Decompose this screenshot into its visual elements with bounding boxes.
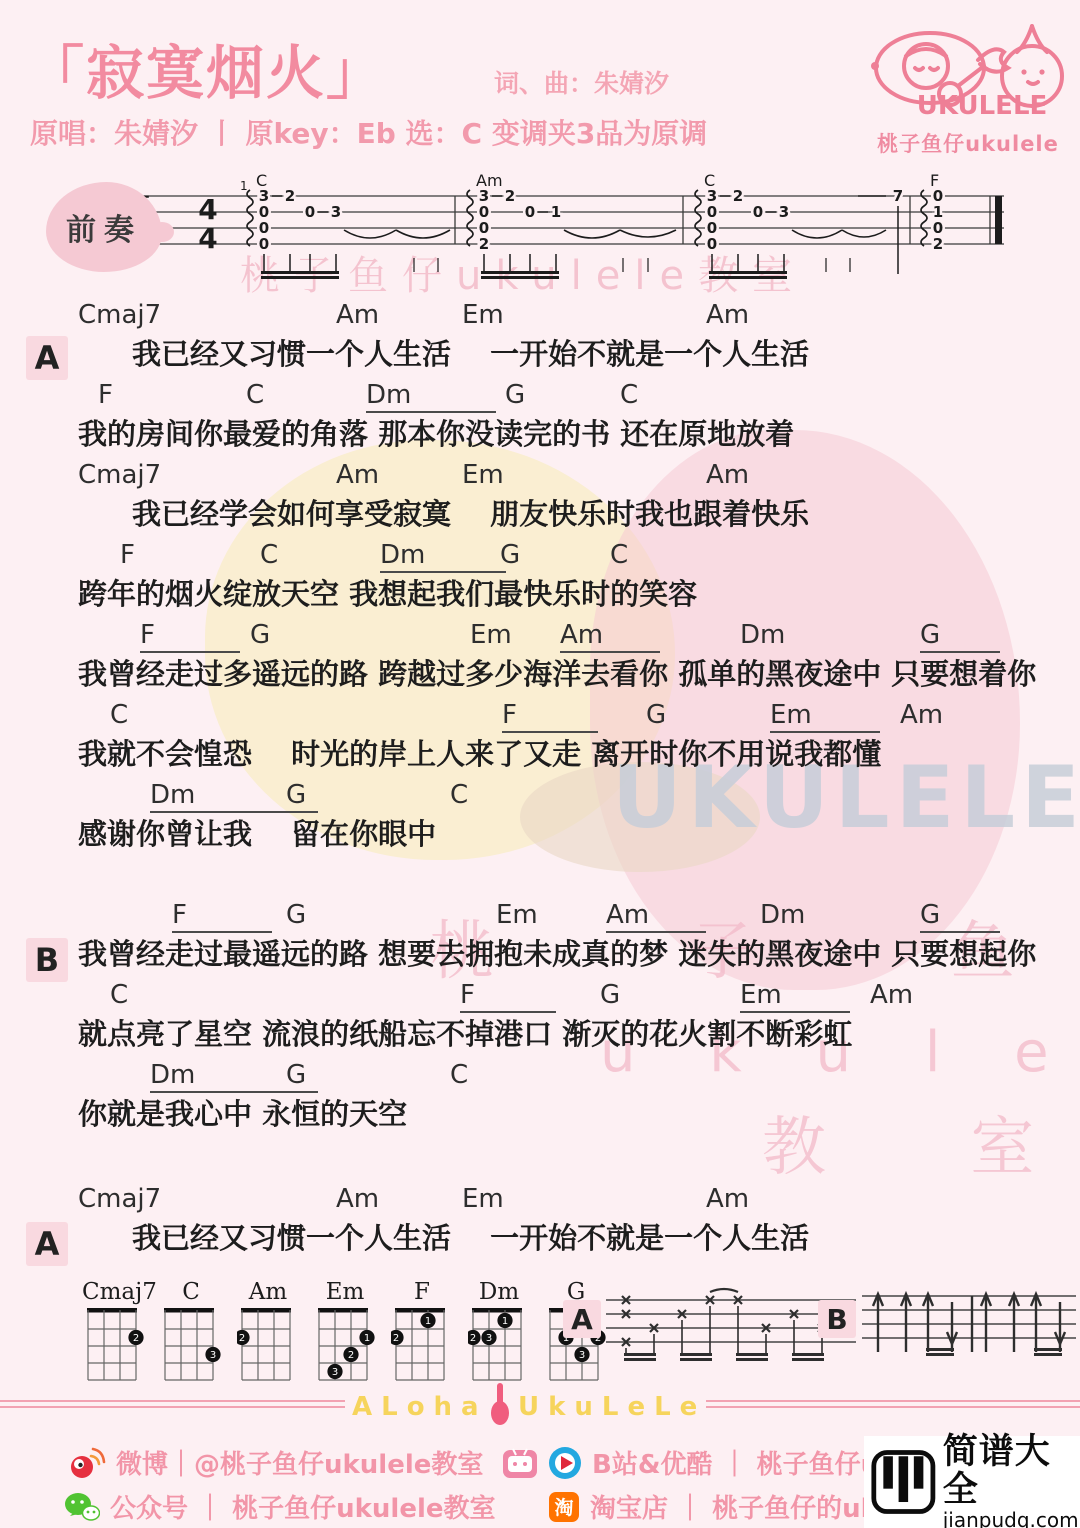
divider-word-ukulele: UkuLeLe: [518, 1392, 706, 1422]
chord-label: Am: [706, 300, 749, 330]
chord-row: CFGEmAm: [0, 698, 1080, 732]
chord-diagram-name: Em: [313, 1278, 377, 1306]
chord-label: Am: [706, 460, 749, 490]
chord-grid: 2: [83, 1306, 145, 1386]
chord-diagram-F: F12: [390, 1278, 454, 1390]
section-b: FGEmAmDmG我曾经走过最遥远的路 想要去拥抱未成真的梦 迷失的黑夜途中 只…: [0, 898, 1080, 1138]
tab-number: 2: [933, 235, 943, 253]
chord-label: F: [98, 380, 113, 410]
chord-label: G: [250, 620, 270, 650]
chord-label: G: [286, 900, 306, 930]
chord-label: Em: [462, 1184, 504, 1214]
chord-label: G: [500, 540, 520, 570]
strum-arrows: [873, 1294, 1065, 1352]
chord-label: C: [246, 380, 264, 410]
lyric-text: 我已经又习惯一个人生活 一开始不就是一个人生活: [0, 1216, 1080, 1262]
chord-label: G: [920, 900, 1000, 933]
chord-label: Am: [560, 620, 660, 653]
tab-number: 3: [331, 203, 341, 221]
lyric-text: 感谢你曾让我 留在你眼中: [0, 812, 1080, 858]
chord-label: Em: [462, 460, 504, 490]
brand-logo-caption: 桃子鱼仔ukulele: [866, 128, 1070, 158]
section-badge-b: B: [26, 938, 68, 982]
chord-row: DmGC: [0, 1058, 1080, 1092]
lyric-line: Cmaj7AmEmAm我已经又习惯一个人生活 一开始不就是一个人生活: [0, 1182, 1080, 1262]
chord-label: Am: [900, 700, 943, 730]
chord-label: C: [110, 700, 128, 730]
chord-label: Dm: [366, 380, 496, 413]
lyric-line: CFGEmAm就点亮了星空 流浪的纸船忘不掉港口 渐灭的花火割不断彩虹: [0, 978, 1080, 1058]
chord-label: Cmaj7: [78, 300, 161, 330]
chord-diagram-Am: Am2: [236, 1278, 300, 1390]
tab-number: 0: [707, 235, 717, 253]
chord-label: Am: [336, 460, 379, 490]
tab-number: 0: [259, 235, 269, 253]
tab-number: 2: [505, 187, 515, 205]
chord-label: Em: [470, 620, 512, 650]
chord-label: Em: [740, 980, 850, 1013]
svg-text:3: 3: [486, 1333, 492, 1344]
chord-label: Am: [606, 900, 706, 933]
chord-row: DmGC: [0, 778, 1080, 812]
ukulele-icon: [489, 1382, 511, 1426]
chord-diagram-Em: Em123: [313, 1278, 377, 1390]
intro-label-bubble: 前奏: [46, 182, 162, 272]
chord-diagram-panel: Cmaj72C3Am2Em123F12Dm123G123: [82, 1278, 608, 1390]
svg-text:1: 1: [364, 1333, 370, 1344]
lyric-line: Cmaj7AmEmAm我已经学会如何享受寂寞 朋友快乐时我也跟着快乐: [0, 458, 1080, 538]
tab-number: 2: [733, 187, 743, 205]
chord-diagram-name: Am: [236, 1278, 300, 1306]
tab-beams: [261, 271, 787, 279]
brand-logo: UKULELE 桃子鱼仔ukulele: [866, 10, 1070, 158]
chord-row: Cmaj7AmEmAm: [0, 1182, 1080, 1216]
jianpudq-url: jianpudq.com: [943, 1509, 1080, 1528]
lyric-line: FCDmGC跨年的烟火绽放天空 我想起我们最快乐时的笑容: [0, 538, 1080, 618]
divider-line: [706, 1406, 1080, 1408]
divider-line: [0, 1400, 345, 1402]
piano-icon: [870, 1447, 937, 1517]
tab-number: 0: [525, 203, 535, 221]
section-badge-a: A: [26, 336, 68, 380]
chord-diagram-name: C: [159, 1278, 223, 1306]
svg-text:1: 1: [425, 1316, 431, 1327]
tab-number: 2: [479, 235, 489, 253]
chord-label: F: [140, 620, 240, 653]
chord-label: C: [110, 980, 128, 1010]
lyric-text: 跨年的烟火绽放天空 我想起我们最快乐时的笑容: [0, 572, 1080, 618]
song-sheet-page: UKULELE 桃 子 鱼 仔 u k u l e l e 教 室 桃子鱼仔uk…: [0, 0, 1080, 1528]
chord-label: G: [600, 980, 620, 1010]
chord-row: FGEmAmDmG: [0, 618, 1080, 652]
svg-text:3: 3: [332, 1367, 338, 1378]
chord-diagram-name: F: [390, 1278, 454, 1306]
chord-label: Em: [462, 300, 504, 330]
page-title: 「寂寞烟火」: [26, 26, 386, 110]
svg-text:3: 3: [579, 1350, 585, 1361]
chord-label: G: [286, 1060, 306, 1090]
chord-label: Cmaj7: [78, 460, 161, 490]
chord-grid: 2: [237, 1306, 299, 1386]
chord-row: FCDmGC: [0, 538, 1080, 572]
brand-logo-graphic: UKULELE: [866, 10, 1070, 128]
chord-label: Cmaj7: [78, 1184, 161, 1214]
strum-pattern-b-badge: B: [818, 1300, 856, 1338]
chord-row: FGEmAmDmG: [0, 898, 1080, 932]
tab-number: 7: [893, 187, 903, 205]
pick-beams: [624, 1353, 824, 1361]
lyric-text: 你就是我心中 永恒的天空: [0, 1092, 1080, 1138]
svg-text:1: 1: [502, 1316, 508, 1327]
wechat-icon: [64, 1492, 100, 1522]
svg-text:2: 2: [348, 1350, 354, 1361]
tab-number: 3: [779, 203, 789, 221]
svg-text:淘: 淘: [554, 1496, 573, 1519]
tab-number: 0: [305, 203, 315, 221]
footer-weibo-row: 微博｜@桃子鱼仔ukulele教室: [68, 1444, 483, 1481]
chord-label: G: [505, 380, 525, 410]
chord-diagram-name: Cmaj7: [82, 1278, 146, 1306]
lyric-text: 我已经又习惯一个人生活 一开始不就是一个人生活: [0, 332, 1080, 378]
chord-grid: 123: [314, 1306, 376, 1386]
chord-label: Am: [336, 300, 379, 330]
lyric-text: 我就不会惶恐 时光的岸上人来了又走 离开时你不用说我都懂: [0, 732, 1080, 778]
svg-text:2: 2: [133, 1333, 139, 1344]
chord-label: F: [502, 700, 598, 733]
divider-line: [706, 1400, 1080, 1402]
bilibili-icon: [502, 1447, 538, 1479]
lyric-text: 就点亮了星空 流浪的纸船忘不掉港口 渐灭的花火割不断彩虹: [0, 1012, 1080, 1058]
credits-text: 词、曲：朱婧汐: [494, 64, 669, 100]
chord-row: FCDmGC: [0, 378, 1080, 412]
svg-text:2: 2: [239, 1333, 245, 1344]
tab-number: 1: [551, 203, 561, 221]
tab-number: 2: [285, 187, 295, 205]
brand-logo-word: UKULELE: [917, 91, 1048, 121]
footer-wechat-row: 公众号 ｜ 桃子鱼仔ukulele教室: [64, 1488, 496, 1525]
tab-number: 0: [753, 203, 763, 221]
divider-line: [0, 1406, 345, 1408]
intro-tab-staff: T A B 4 4 1 C Am C F 3 0 0 0 2: [118, 174, 1018, 292]
section-a: Cmaj7AmEmAm我已经又习惯一个人生活 一开始不就是一个人生活FCDmGC…: [0, 298, 1080, 858]
chord-label: Am: [706, 1184, 749, 1214]
divider-word-aloha: ALoha: [352, 1392, 488, 1422]
weibo-icon: [68, 1447, 106, 1479]
jianpudq-watermark: 简谱大全 jianpudq.com: [864, 1436, 1080, 1528]
taobao-icon: 淘: [548, 1491, 580, 1523]
svg-text:2: 2: [393, 1333, 399, 1344]
section-badge-a-repeat: A: [26, 1222, 68, 1266]
chord-label: C: [620, 380, 638, 410]
chord-diagram-C: C3: [159, 1278, 223, 1390]
chord-grid: 3: [160, 1306, 222, 1386]
lyric-line: CFGEmAm我就不会惶恐 时光的岸上人来了又走 离开时你不用说我都懂: [0, 698, 1080, 778]
chord-label: G: [920, 620, 1000, 653]
footer-wechat-text: 公众号 ｜ 桃子鱼仔ukulele教室: [110, 1488, 496, 1525]
chord-label: C: [450, 780, 468, 810]
chord-grid: 123: [468, 1306, 530, 1386]
chord-label: Am: [336, 1184, 379, 1214]
chord-label: G: [646, 700, 666, 730]
strum-pattern-b: [860, 1284, 1078, 1370]
chord-label: F: [172, 900, 272, 933]
lyric-line: Cmaj7AmEmAm我已经又习惯一个人生活 一开始不就是一个人生活: [0, 298, 1080, 378]
lyric-line: DmGC你就是我心中 永恒的天空: [0, 1058, 1080, 1138]
chord-label: G: [286, 780, 306, 810]
svg-text:3: 3: [210, 1350, 216, 1361]
chord-label: Dm: [380, 540, 506, 573]
svg-text:2: 2: [470, 1333, 476, 1344]
section-a-repeat: Cmaj7AmEmAm我已经又习惯一个人生活 一开始不就是一个人生活: [0, 1182, 1080, 1262]
lyric-text: 我曾经走过最遥远的路 想要去拥抱未成真的梦 迷失的黑夜途中 只要想起你: [0, 932, 1080, 978]
lyric-text: 我的房间你最爱的角落 那本你没读完的书 还在原地放着: [0, 412, 1080, 458]
lyric-line: FGEmAmDmG我曾经走过多遥远的路 跨越过多少海洋去看你 孤单的黑夜途中 只…: [0, 618, 1080, 698]
chord-diagram-Cmaj7: Cmaj72: [82, 1278, 146, 1390]
strum-beams: [926, 1348, 1062, 1356]
chord-row: CFGEmAm: [0, 978, 1080, 1012]
lyric-line: FGEmAmDmG我曾经走过最遥远的路 想要去拥抱未成真的梦 迷失的黑夜途中 只…: [0, 898, 1080, 978]
chord-label: C: [260, 540, 278, 570]
chord-grid: 12: [391, 1306, 453, 1386]
chord-label: C: [610, 540, 628, 570]
lyric-line: FCDmGC我的房间你最爱的角落 那本你没读完的书 还在原地放着: [0, 378, 1080, 458]
key-info-text: 原唱：朱婧汐 丨 原key：Eb 选：C 变调夹3品为原调: [30, 112, 707, 152]
jianpudq-text-block: 简谱大全 jianpudq.com: [943, 1433, 1080, 1528]
chord-label: Dm: [740, 620, 785, 650]
chord-label: F: [460, 980, 556, 1013]
strum-pattern-a-badge: A: [563, 1300, 601, 1338]
footer-weibo-text: 微博｜@桃子鱼仔ukulele教室: [116, 1444, 483, 1481]
chord-diagram-name: Dm: [467, 1278, 531, 1306]
position-mark: 1: [240, 179, 248, 193]
tab-slurs: [344, 230, 886, 238]
jianpudq-title: 简谱大全: [943, 1433, 1080, 1509]
chord-diagram-Dm: Dm123: [467, 1278, 531, 1390]
chord-label: Em: [496, 900, 538, 930]
chord-label: C: [450, 1060, 468, 1090]
chord-row: Cmaj7AmEmAm: [0, 458, 1080, 492]
lyric-text: 我已经学会如何享受寂寞 朋友快乐时我也跟着快乐: [0, 492, 1080, 538]
final-barline: [995, 196, 1002, 244]
youku-icon: [548, 1446, 582, 1480]
chord-label: Em: [770, 700, 880, 733]
chord-label: Dm: [760, 900, 805, 930]
pick-x-marks: [622, 1289, 826, 1346]
chord-label: Am: [870, 980, 913, 1010]
time-signature-bottom: 4: [198, 222, 217, 255]
lyric-text: 我曾经走过多遥远的路 跨越过多少海洋去看你 孤单的黑夜途中 只要想着你: [0, 652, 1080, 698]
chord-label: F: [120, 540, 135, 570]
lyric-line: DmGC感谢你曾让我 留在你眼中: [0, 778, 1080, 858]
song-body: Cmaj7AmEmAm我已经又习惯一个人生活 一开始不就是一个人生活FCDmGC…: [0, 298, 1080, 1262]
chord-row: Cmaj7AmEmAm: [0, 298, 1080, 332]
